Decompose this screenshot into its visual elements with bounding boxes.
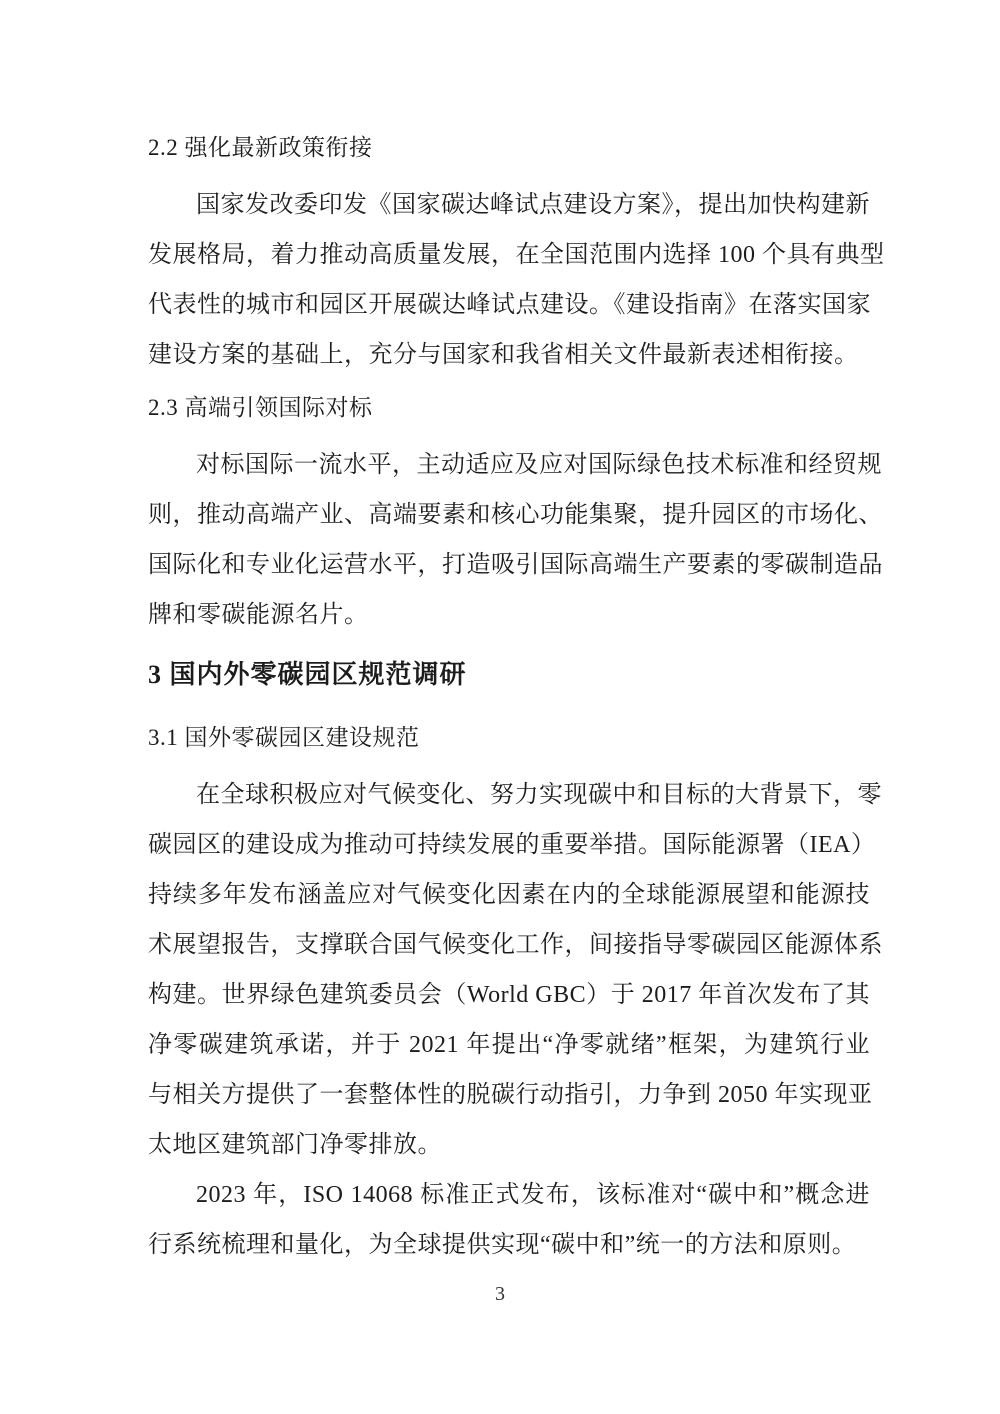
paragraph-policy: 国家发改委印发《国家碳达峰试点建设方案》，提出加快构建新 发展格局，着力推动高质… — [148, 180, 870, 380]
paragraph-line: 建设方案的基础上，充分与国家和我省相关文件最新表述相衔接。 — [148, 330, 870, 380]
paragraph-line: 对标国际一流水平，主动适应及应对国际绿色技术标准和经贸规 — [148, 440, 870, 490]
section-heading-2-2: 2.2 强化最新政策衔接 — [148, 133, 870, 163]
paragraph-line: 构建。世界绿色建筑委员会（World GBC）于 2017 年首次发布了其 — [148, 970, 870, 1020]
paragraph-line: 持续多年发布涵盖应对气候变化因素在内的全球能源展望和能源技 — [148, 870, 870, 920]
paragraph-line: 净零碳建筑承诺，并于 2021 年提出“净零就绪”框架，为建筑行业 — [148, 1020, 870, 1070]
chapter-heading-3: 3 国内外零碳园区规范调研 — [148, 658, 870, 692]
paragraph-line: 碳园区的建设成为推动可持续发展的重要举措。国际能源署（IEA） — [148, 820, 870, 870]
paragraph-line: 则，推动高端产业、高端要素和核心功能集聚，提升园区的市场化、 — [148, 490, 870, 540]
paragraph-line: 太地区建筑部门净零排放。 — [148, 1120, 870, 1170]
paragraph-iso-14068: 2023 年，ISO 14068 标准正式发布，该标准对“碳中和”概念进 行系统… — [148, 1170, 870, 1270]
paragraph-line: 国家发改委印发《国家碳达峰试点建设方案》，提出加快构建新 — [148, 180, 870, 230]
section-heading-2-3: 2.3 高端引领国际对标 — [148, 393, 870, 423]
paragraph-line: 代表性的城市和园区开展碳达峰试点建设。《建设指南》在落实国家 — [148, 280, 870, 330]
document-content: 2.2 强化最新政策衔接 国家发改委印发《国家碳达峰试点建设方案》，提出加快构建… — [148, 120, 870, 1270]
paragraph-line: 牌和零碳能源名片。 — [148, 590, 870, 640]
paragraph-line: 在全球积极应对气候变化、努力实现碳中和目标的大背景下，零 — [148, 770, 870, 820]
page-number: 3 — [0, 1283, 1000, 1306]
document-page: 2.2 强化最新政策衔接 国家发改委印发《国家碳达峰试点建设方案》，提出加快构建… — [0, 0, 1000, 1414]
paragraph-line: 2023 年，ISO 14068 标准正式发布，该标准对“碳中和”概念进 — [148, 1170, 870, 1220]
paragraph-line: 国际化和专业化运营水平，打造吸引国际高端生产要素的零碳制造品 — [148, 540, 870, 590]
paragraph-line: 与相关方提供了一套整体性的脱碳行动指引，力争到 2050 年实现亚 — [148, 1070, 870, 1120]
paragraph-line: 行系统梳理和量化，为全球提供实现“碳中和”统一的方法和原则。 — [148, 1220, 870, 1270]
section-heading-3-1: 3.1 国外零碳园区建设规范 — [148, 723, 870, 753]
paragraph-line: 术展望报告，支撑联合国气候变化工作，间接指导零碳园区能源体系 — [148, 920, 870, 970]
paragraph-line: 发展格局，着力推动高质量发展，在全国范围内选择 100 个具有典型 — [148, 230, 870, 280]
paragraph-global-zero-carbon: 在全球积极应对气候变化、努力实现碳中和目标的大背景下，零 碳园区的建设成为推动可… — [148, 770, 870, 1170]
paragraph-international: 对标国际一流水平，主动适应及应对国际绿色技术标准和经贸规 则，推动高端产业、高端… — [148, 440, 870, 640]
